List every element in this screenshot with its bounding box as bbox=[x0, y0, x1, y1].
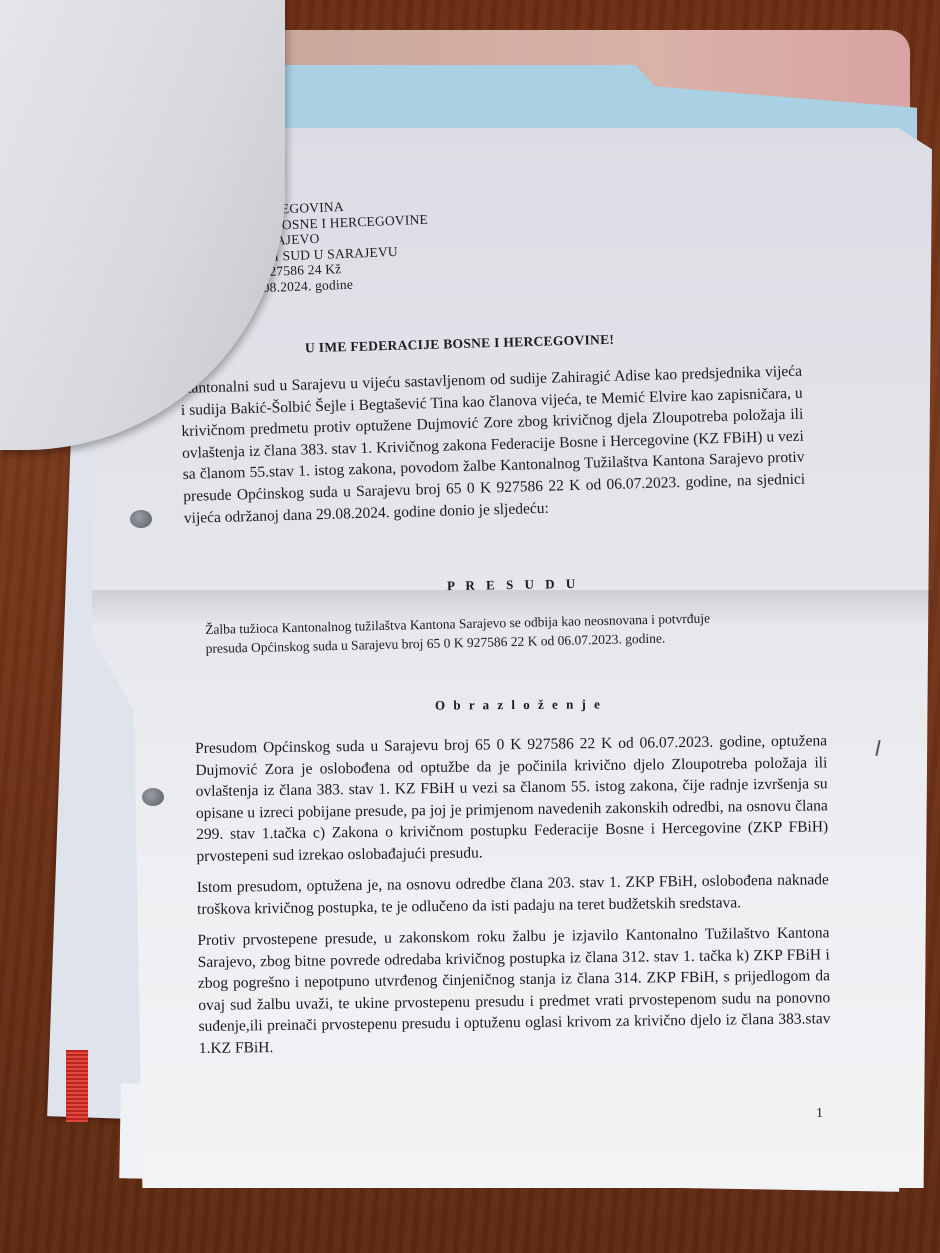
verdict-heading: P R E S U D U bbox=[447, 576, 579, 594]
reasoning-heading: O b r a z l o ž e n j e bbox=[435, 696, 602, 713]
intro-paragraph: Kantonalni sud u Sarajevu u vijeću sasta… bbox=[180, 361, 806, 529]
reasoning-body: Presudom Općinskog suda u Sarajevu broj … bbox=[195, 730, 831, 1069]
reasoning-paragraph: Presudom Općinskog suda u Sarajevu broj … bbox=[195, 730, 829, 867]
reasoning-paragraph: Istom presudom, optužena je, na osnovu o… bbox=[197, 869, 829, 920]
punch-hole-icon bbox=[130, 510, 152, 528]
reasoning-paragraph: Protiv prvostepene presude, u zakonskom … bbox=[197, 922, 831, 1059]
page-number: 1 bbox=[816, 1106, 823, 1122]
punch-hole-icon bbox=[142, 788, 164, 806]
red-binding-strip bbox=[66, 1050, 88, 1122]
